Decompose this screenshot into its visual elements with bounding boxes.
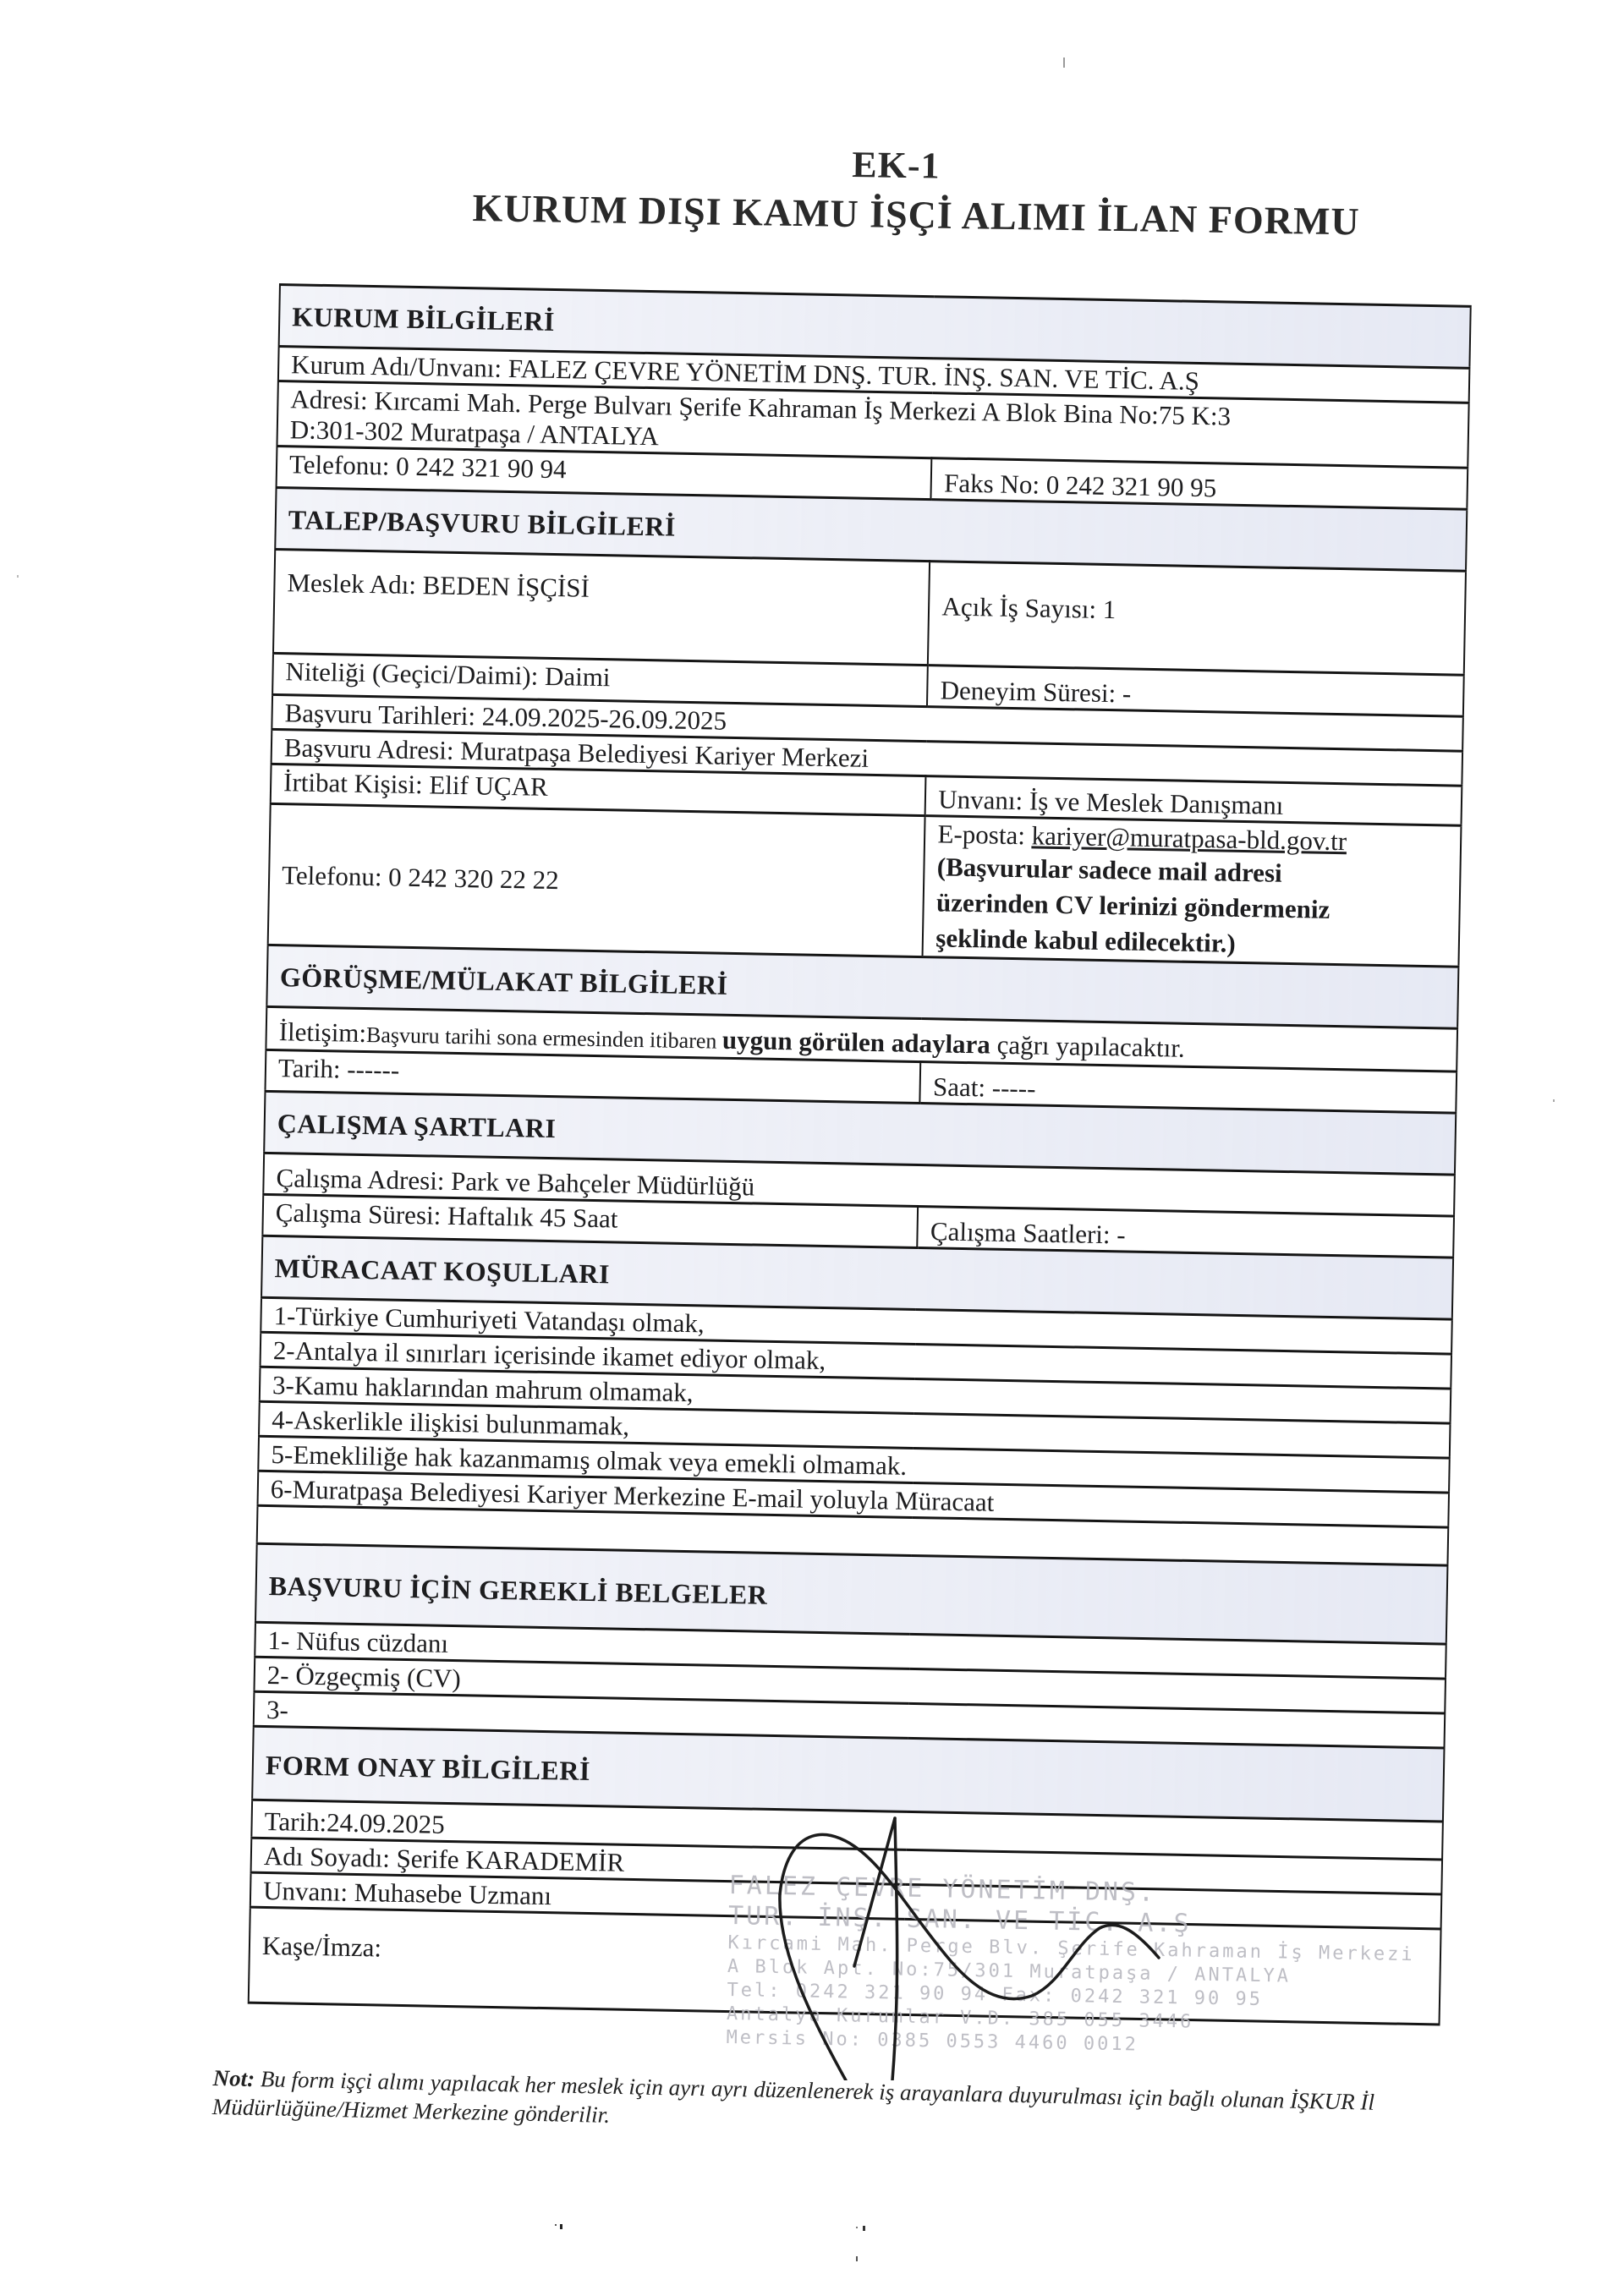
interview-date-value: ------ xyxy=(347,1055,400,1085)
address-line-2: D:301-302 Muratpaşa / ANTALYA xyxy=(290,414,660,451)
institution-fax-value: 0 242 321 90 95 xyxy=(1045,470,1216,503)
email-link[interactable]: kariyer@muratpasa-bld.gov.tr xyxy=(1031,820,1347,856)
approval-title-value: Muhasebe Uzmanı xyxy=(354,1877,551,1910)
application-address-value: Muratpaşa Belediyesi Kariyer Merkezi xyxy=(460,736,869,773)
approval-name-value: Şerife KARADEMİR xyxy=(396,1844,624,1877)
interview-emphasis: uygun görülen adaylara xyxy=(722,1025,991,1060)
open-positions-value: 1 xyxy=(1102,595,1116,624)
occupation-field: Meslek Adı: BEDEN İŞÇİSİ xyxy=(273,549,930,665)
application-dates-value: 24.09.2025-26.09.2025 xyxy=(481,701,727,735)
contact-person-value: Elif UÇAR xyxy=(429,770,548,802)
work-duration-value: Haftalık 45 Saat xyxy=(447,1201,618,1234)
contact-title-value: İş ve Meslek Danışmanı xyxy=(1029,786,1284,820)
contact-phone-field: Telefonu: 0 242 320 22 22 xyxy=(268,803,925,956)
open-positions-field: Açık İş Sayısı: 1 xyxy=(928,562,1466,676)
contact-email-field: E-posta: kariyer@muratpasa-bld.gov.tr (B… xyxy=(923,816,1462,967)
occupation-value: BEDEN İŞÇİSİ xyxy=(422,570,590,603)
note-label: Not: xyxy=(212,2065,255,2091)
experience-value: - xyxy=(1122,678,1132,708)
note-text: Bu form işçi alımı yapılacak her meslek … xyxy=(212,2066,1375,2128)
row-contact-phone-email: Telefonu: 0 242 320 22 22 E-posta: kariy… xyxy=(268,803,1462,967)
work-hours-value: - xyxy=(1116,1219,1126,1249)
nature-value: Daimi xyxy=(545,661,611,692)
form-title-block: EK-1 KURUM DIŞI KAMU İŞÇİ ALIMI İLAN FOR… xyxy=(472,135,1319,247)
company-stamp: FALEZ ÇEVRE YÖNETİM DNŞ. TUR. İNŞ. SAN. … xyxy=(726,1871,1169,2058)
approval-date-value: 24.09.2025 xyxy=(326,1807,445,1839)
contact-phone-value: 0 242 320 22 22 xyxy=(388,862,559,895)
interview-time-value: ----- xyxy=(992,1073,1036,1104)
footer-note: Not: Bu form işçi alımı yapılacak her me… xyxy=(212,2063,1431,2146)
institution-phone-value: 0 242 321 90 94 xyxy=(396,452,567,485)
announcement-form: KURUM BİLGİLERİ Kurum Adı/Unvanı: FALEZ … xyxy=(248,283,1472,2025)
work-address-value: Park ve Bahçeler Müdürlüğü xyxy=(451,1166,755,1202)
scanned-page: EK-1 KURUM DIŞI KAMU İŞÇİ ALIMI İLAN FOR… xyxy=(0,0,1624,2296)
